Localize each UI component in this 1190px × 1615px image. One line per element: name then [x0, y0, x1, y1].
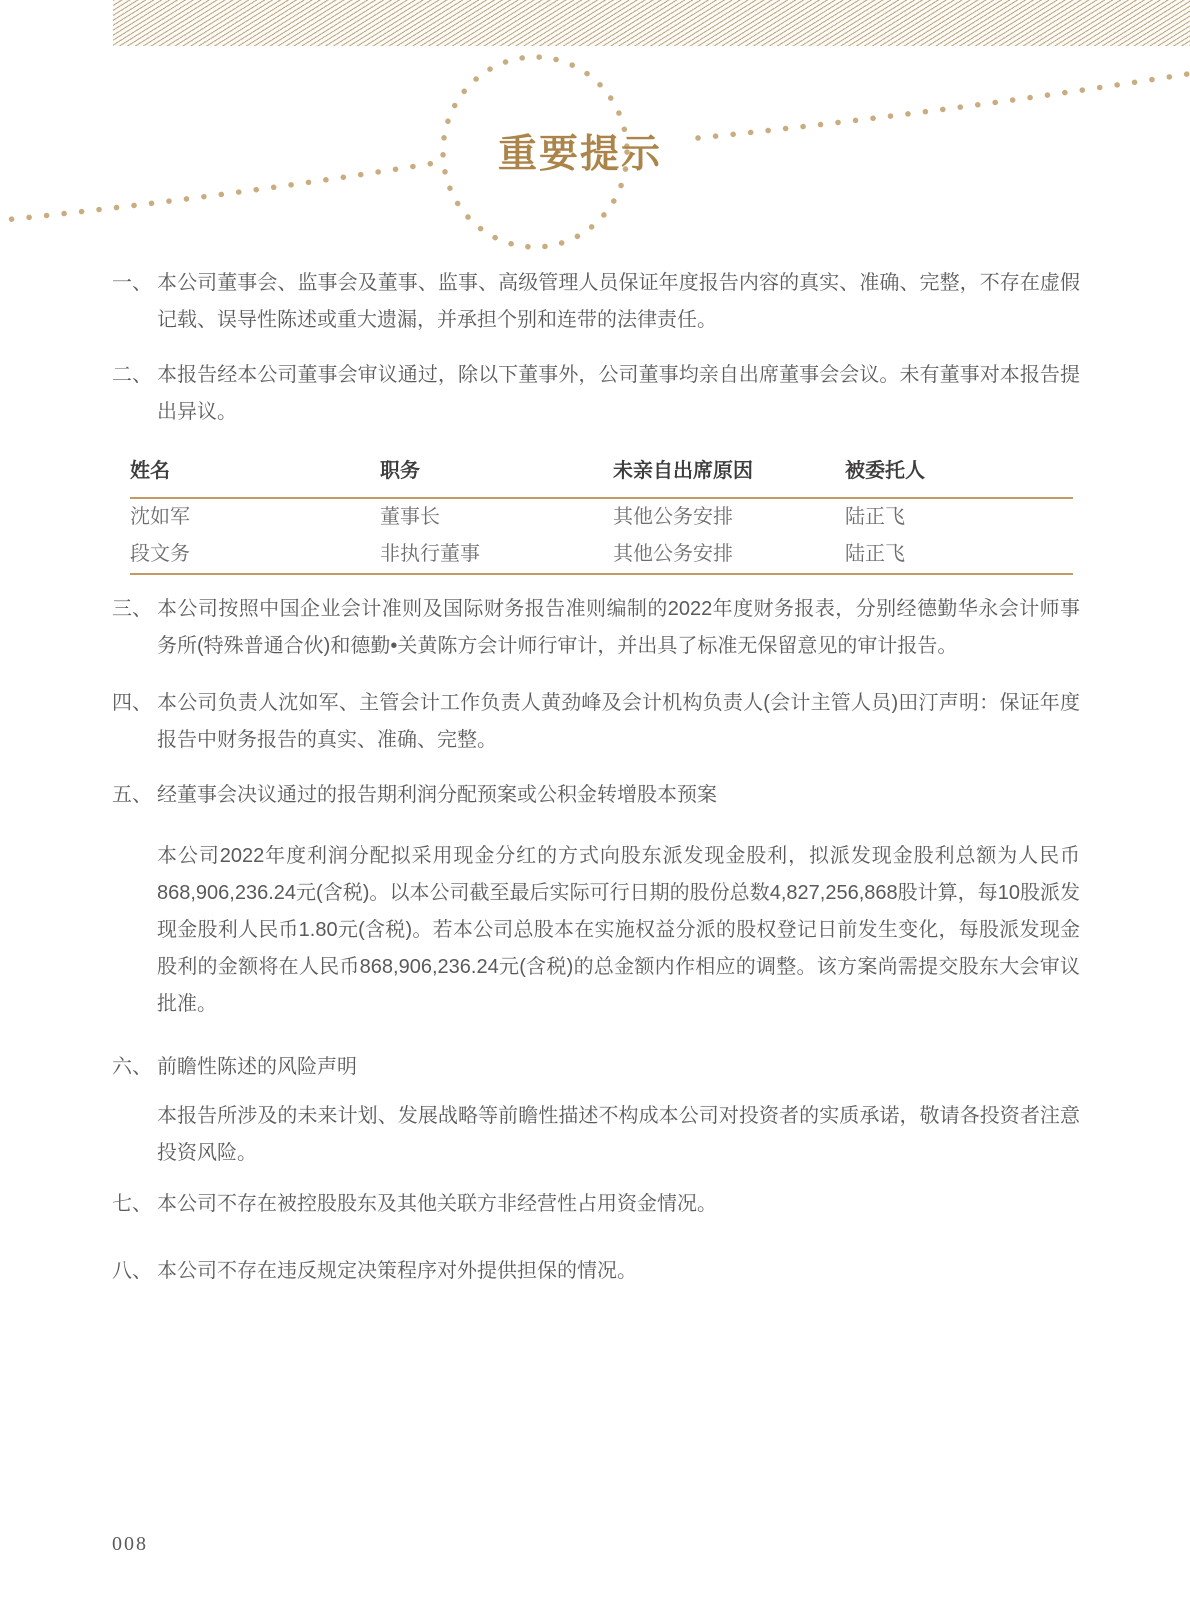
section-6: 六、 前瞻性陈述的风险声明: [112, 1049, 1080, 1086]
section-3: 三、 本公司按照中国企业会计准则及国际财务报告准则编制的2022年度财务报表，分…: [112, 591, 1080, 665]
section-5: 五、 经董事会决议通过的报告期利润分配预案或公积金转增股本预案: [112, 777, 1080, 814]
section-marker: 五、: [112, 777, 157, 814]
cell-position: 非执行董事: [380, 536, 613, 574]
hatch-band-decoration: [113, 0, 1190, 46]
table-header-row: 姓名 职务 未亲自出席原因 被委托人: [130, 445, 1073, 498]
page-content: 一、 本公司董事会、监事会及董事、监事、高级管理人员保证年度报告内容的真实、准确…: [112, 265, 1080, 1290]
section-7: 七、 本公司不存在被控股股东及其他关联方非经营性占用资金情况。: [112, 1186, 1080, 1223]
section-text: 本报告经本公司董事会审议通过，除以下董事外，公司董事均亲自出席董事会会议。未有董…: [157, 357, 1080, 431]
section-text: 本公司按照中国企业会计准则及国际财务报告准则编制的2022年度财务报表，分别经德…: [157, 591, 1080, 665]
cell-proxy: 陆正飞: [845, 536, 1073, 574]
section-text: 本公司不存在被控股股东及其他关联方非经营性占用资金情况。: [157, 1186, 1080, 1223]
section-6-paragraph: 本报告所涉及的未来计划、发展战略等前瞻性描述不构成本公司对投资者的实质承诺，敬请…: [157, 1098, 1080, 1172]
cell-name: 段文务: [130, 536, 380, 574]
column-header-proxy: 被委托人: [845, 445, 1073, 498]
section-marker: 四、: [112, 685, 157, 722]
table-row: 沈如军 董事长 其他公务安排 陆正飞: [130, 498, 1073, 536]
section-marker: 八、: [112, 1253, 157, 1290]
absent-directors-table: 姓名 职务 未亲自出席原因 被委托人 沈如军 董事长 其他公务安排 陆正飞 段文…: [130, 445, 1073, 575]
section-8: 八、 本公司不存在违反规定决策程序对外提供担保的情况。: [112, 1253, 1080, 1290]
table-row: 段文务 非执行董事 其他公务安排 陆正飞: [130, 536, 1073, 574]
report-page: 重要提示 一、 本公司董事会、监事会及董事、监事、高级管理人员保证年度报告内容的…: [0, 0, 1190, 1615]
section-4: 四、 本公司负责人沈如军、主管会计工作负责人黄劲峰及会计机构负责人(会计主管人员…: [112, 685, 1080, 759]
cell-absence-reason: 其他公务安排: [613, 536, 845, 574]
section-marker: 六、: [112, 1049, 157, 1086]
page-number: 008: [112, 1533, 148, 1556]
section-marker: 三、: [112, 591, 157, 628]
cell-name: 沈如军: [130, 498, 380, 536]
column-header-absence-reason: 未亲自出席原因: [613, 445, 845, 498]
section-5-paragraph: 本公司2022年度利润分配拟采用现金分红的方式向股东派发现金股利，拟派发现金股利…: [157, 838, 1080, 1023]
cell-proxy: 陆正飞: [845, 498, 1073, 536]
section-marker: 一、: [112, 265, 157, 302]
section-2: 二、 本报告经本公司董事会审议通过，除以下董事外，公司董事均亲自出席董事会会议。…: [112, 357, 1080, 431]
section-marker: 七、: [112, 1186, 157, 1223]
section-text: 本公司董事会、监事会及董事、监事、高级管理人员保证年度报告内容的真实、准确、完整…: [157, 265, 1080, 339]
section-heading: 前瞻性陈述的风险声明: [157, 1049, 1080, 1086]
section-marker: 二、: [112, 357, 157, 394]
dotted-line-left-icon: [0, 162, 441, 221]
section-text: 本公司负责人沈如军、主管会计工作负责人黄劲峰及会计机构负责人(会计主管人员)田汀…: [157, 685, 1080, 759]
section-text: 本公司不存在违反规定决策程序对外提供担保的情况。: [157, 1253, 1080, 1290]
cell-position: 董事长: [380, 498, 613, 536]
page-title: 重要提示: [498, 134, 662, 176]
section-1: 一、 本公司董事会、监事会及董事、监事、高级管理人员保证年度报告内容的真实、准确…: [112, 265, 1080, 339]
dotted-line-right-icon: [698, 73, 1190, 138]
column-header-position: 职务: [380, 445, 613, 498]
section-heading: 经董事会决议通过的报告期利润分配预案或公积金转增股本预案: [157, 777, 1080, 814]
cell-absence-reason: 其他公务安排: [613, 498, 845, 536]
column-header-name: 姓名: [130, 445, 380, 498]
